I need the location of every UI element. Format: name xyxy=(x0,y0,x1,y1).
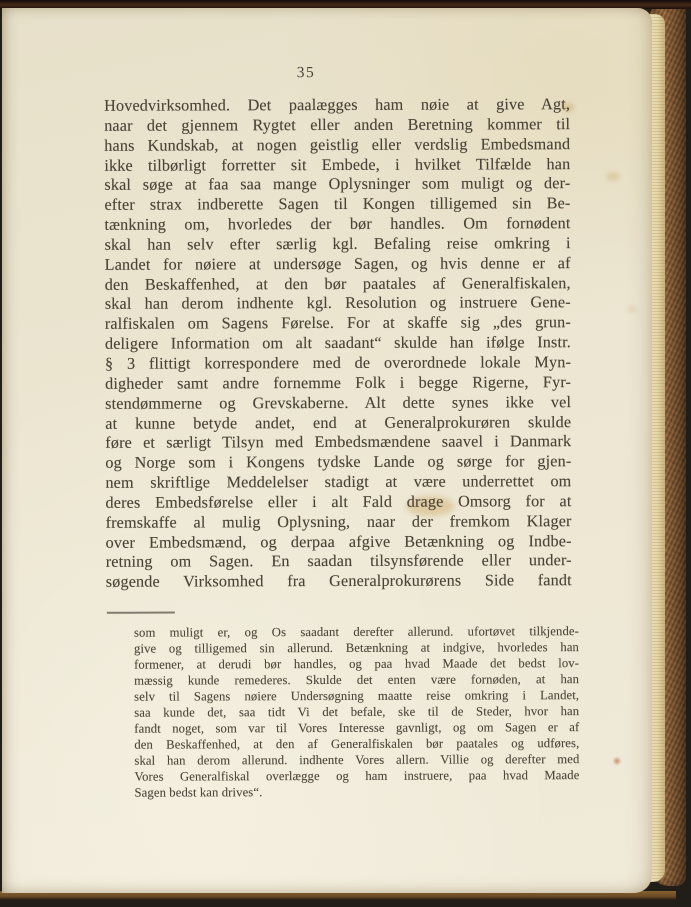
text-line: skal han derom allerund. indhente Vores … xyxy=(134,751,579,769)
text-line: Landet for nøiere at undersøge Sagen, og… xyxy=(105,254,571,275)
book-page: 35 Hovedvirksomhed. Det paalægges ham nø… xyxy=(2,8,652,893)
text-line: som muligt er, og Os saadant derefter al… xyxy=(134,623,579,641)
text-line: deligere Information om alt saadant“ sku… xyxy=(105,333,571,354)
text-line: den Beskaffenhed, at den bør paatales af… xyxy=(105,274,571,295)
text-line: give og tilligemed sin allerund. Betænkn… xyxy=(134,639,579,657)
page-content: 35 Hovedvirksomhed. Det paalægges ham nø… xyxy=(1,7,654,894)
text-line: tænkning om, hvorledes der bør handles. … xyxy=(104,214,570,235)
text-line: den Beskaffenhed, at den af Generalfiska… xyxy=(134,735,579,753)
page-number: 35 xyxy=(104,63,508,82)
text-line: over Embedsmænd, og derpaa afgive Betænk… xyxy=(106,532,572,553)
body-text: Hovedvirksomhed. Det paalægges ham nøie … xyxy=(104,95,572,593)
text-line: og Norge som i Kongens tydske Lande og s… xyxy=(105,452,571,473)
text-line: deres Embedsførelse eller i alt Fald dra… xyxy=(105,492,571,513)
text-line: § 3 flittigt korrespondere med de overor… xyxy=(105,353,571,374)
text-line: hans Kundskab, at nogen geistlig eller v… xyxy=(104,135,570,156)
text-line: ikke tilbørligt forretter sit Embede, i … xyxy=(104,155,570,176)
footnote-text: som muligt er, og Os saadant derefter al… xyxy=(134,623,580,801)
text-line: naar det gjennem Rygtet eller anden Bere… xyxy=(104,115,570,136)
text-line: mæssig kunde remederes. Skulde det enten… xyxy=(134,671,579,689)
text-line: retning om Sagen. En saadan tilsynsføren… xyxy=(106,552,572,573)
text-line: at kunne betyde andet, end at Generalpro… xyxy=(105,413,571,434)
text-line: skal han derom indhente kgl. Resolution … xyxy=(105,294,571,315)
text-line: nem skriftlige Meddelelser stadigt at væ… xyxy=(105,472,571,493)
text-line: saa kunde det, saa tidt Vi det befale, s… xyxy=(134,703,579,721)
text-line: Hovedvirksomhed. Det paalægges ham nøie … xyxy=(104,95,570,116)
text-line: stendømmerne og Grevskaberne. Alt dette … xyxy=(105,393,571,414)
text-line: Vores Generalfiskal overlægge og ham ins… xyxy=(134,767,579,785)
text-line: føre et særligt Tilsyn med Embedsmændene… xyxy=(105,432,571,453)
text-line: fandt noget, som var til Vores Interesse… xyxy=(134,719,579,737)
book-scan: 35 Hovedvirksomhed. Det paalægges ham nø… xyxy=(0,0,691,907)
text-line: skal søge at faa saa mange Oplysninger s… xyxy=(104,175,570,196)
text-line: fremskaffe al mulig Oplysning, naar der … xyxy=(106,512,572,533)
footnote-separator-rule xyxy=(107,612,175,614)
text-line: søgende Virksomhed fra Generalprokurøren… xyxy=(106,571,572,592)
text-line: digheder samt andre fornemme Folk i begg… xyxy=(105,373,571,394)
text-line: selv til Sagens nøiere Undersøgning maat… xyxy=(134,687,579,705)
text-line: skal han selv efter særlig kgl. Befaling… xyxy=(105,234,571,255)
text-line: ralfiskalen om Sagens Førelse. For at sk… xyxy=(105,313,571,334)
text-line: efter strax indberette Sagen til Kongen … xyxy=(104,194,570,215)
text-line: formener, at derudi bør handles, og paa … xyxy=(134,655,579,673)
text-line: Sagen bedst kan drives“. xyxy=(134,783,579,801)
